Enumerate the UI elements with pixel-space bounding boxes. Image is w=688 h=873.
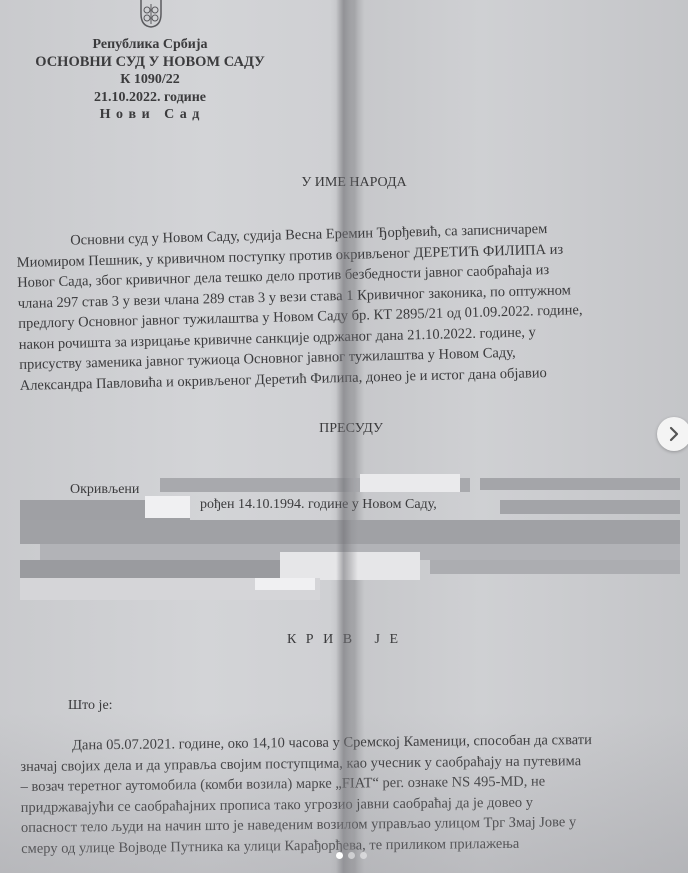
coat-of-arms-icon <box>136 0 166 28</box>
title-in-the-name: У ИМЕ НАРОДА <box>20 175 688 191</box>
header-date: 21.10.2022. године <box>0 89 300 107</box>
chevron-right-icon <box>666 426 682 442</box>
header-city: Н о в и С а д <box>0 106 300 124</box>
defendant-born: рођен 14.10.1994. године у Новом Саду, <box>200 497 437 513</box>
carousel-dot-2[interactable] <box>348 852 355 859</box>
header-country: Република Србија <box>0 36 300 54</box>
facts-paragraph: Дана 05.07.2021. године, око 14,10 часов… <box>20 729 688 859</box>
header-court: ОСНОВНИ СУД У НОВОМ САДУ <box>0 53 300 71</box>
carousel-dot-1[interactable] <box>336 852 343 859</box>
intro-paragraph: Основни суд у Новом Саду, судија Весна Е… <box>16 216 658 396</box>
defendant-label: Окривљени <box>70 482 139 498</box>
carousel-dot-3[interactable] <box>360 852 367 859</box>
carousel-indicator <box>336 852 367 859</box>
document-photo: Република Србија ОСНОВНИ СУД У НОВОМ САД… <box>0 0 688 873</box>
header-case-number: К 1090/22 <box>0 71 300 89</box>
title-guilty: К Р И В Ј Е <box>0 632 688 648</box>
carousel-next-button[interactable] <box>657 417 688 451</box>
title-because: Што је: <box>68 698 113 714</box>
title-verdict: ПРЕСУДУ <box>14 421 688 437</box>
